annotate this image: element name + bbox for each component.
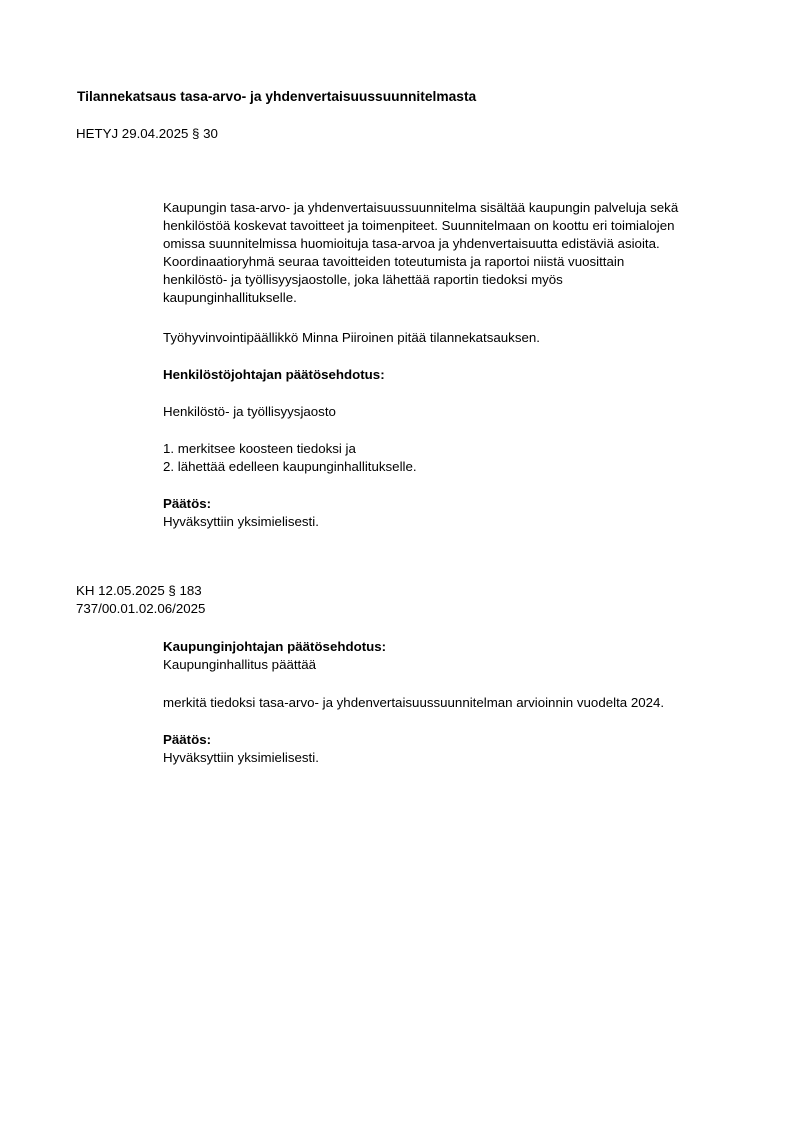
presenter-note: Työhyvinvointipäällikkö Minna Piiroinen … <box>163 329 540 347</box>
decision-text-2: Hyväksyttiin yksimielisesti. <box>163 749 319 767</box>
proposal-subject: Henkilöstö- ja työllisyysjaosto <box>163 403 336 421</box>
document-title: Tilannekatsaus tasa-arvo- ja yhdenvertai… <box>77 88 476 106</box>
intro-paragraph: Kaupungin tasa-arvo- ja yhdenvertaisuuss… <box>163 199 733 307</box>
intro-line: henkilöstöä koskevat tavoitteet ja toime… <box>163 217 733 235</box>
intro-line: kaupunginhallitukselle. <box>163 289 733 307</box>
decision-heading: Päätös: <box>163 495 211 513</box>
mayor-proposal-heading: Kaupunginjohtajan päätösehdotus: <box>163 638 386 656</box>
proposal-item-1: 1. merkitsee koosteen tiedoksi ja <box>163 440 356 458</box>
mayor-proposal-text: merkitä tiedoksi tasa-arvo- ja yhdenvert… <box>163 694 664 712</box>
mayor-proposal-subject: Kaupunginhallitus päättää <box>163 656 316 674</box>
intro-line: Koordinaatioryhmä seuraa tavoitteiden to… <box>163 253 733 271</box>
hr-director-proposal-heading: Henkilöstöjohtajan päätösehdotus: <box>163 366 385 384</box>
proposal-item-2: 2. lähettää edelleen kaupunginhallitukse… <box>163 458 417 476</box>
meeting-reference-kh: KH 12.05.2025 § 183 <box>76 582 202 600</box>
decision-heading-2: Päätös: <box>163 731 211 749</box>
case-number: 737/00.01.02.06/2025 <box>76 600 205 618</box>
intro-line: omissa suunnitelmissa huomioituja tasa-a… <box>163 235 733 253</box>
intro-line: henkilöstö- ja työllisyysjaostolle, joka… <box>163 271 733 289</box>
decision-text: Hyväksyttiin yksimielisesti. <box>163 513 319 531</box>
meeting-reference-hetyj: HETYJ 29.04.2025 § 30 <box>76 125 218 143</box>
intro-line: Kaupungin tasa-arvo- ja yhdenvertaisuuss… <box>163 199 733 217</box>
